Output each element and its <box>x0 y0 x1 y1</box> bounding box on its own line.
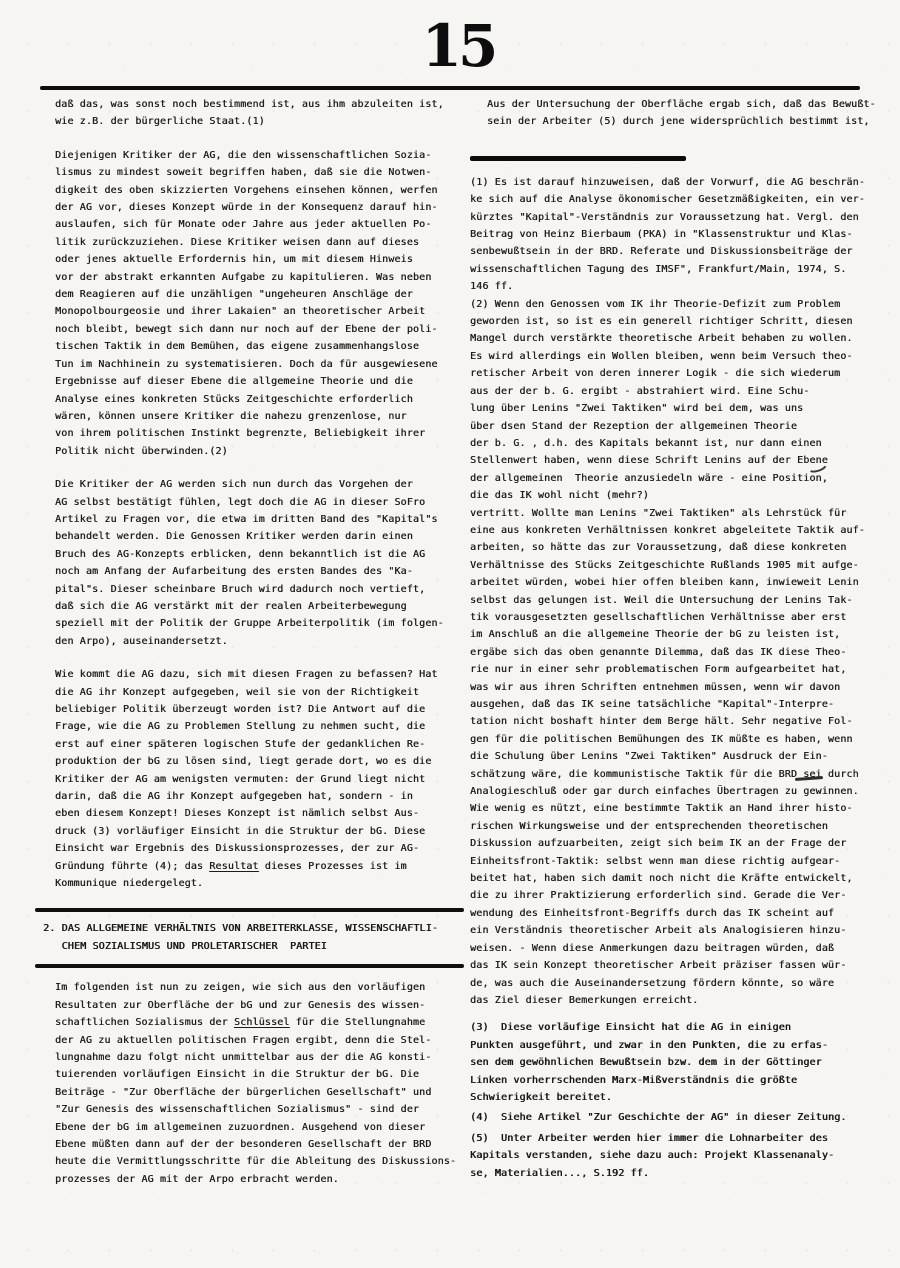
page-number: 15 <box>8 16 900 76</box>
footnote-5-label: (5) <box>470 1133 489 1144</box>
footnote-5-text: Unter Arbeiter werden hier immer die Loh… <box>470 1133 834 1179</box>
footnote-2-text: Wenn den Genossen vom IK ihr Theorie-Def… <box>470 299 865 1006</box>
section-rule-bottom <box>35 964 464 968</box>
paragraph-3: Die Kritiker der AG werden sich nun durc… <box>55 476 458 650</box>
paragraph-2: Diejenigen Kritiker der AG, die den wiss… <box>55 147 458 460</box>
footnote-1-label: (1) <box>470 177 489 188</box>
intro-paragraph: Aus der Untersuchung der Oberfläche erga… <box>470 96 878 131</box>
left-column: daß das, was sonst noch bestimmend ist, … <box>55 96 458 1188</box>
footnote-4-label: (4) <box>470 1112 489 1123</box>
footnote-3-text: Diese vorläufige Einsicht hat die AG in … <box>470 1022 828 1103</box>
footnote-3: (3) Diese vorläufige Einsicht hat die AG… <box>470 1019 878 1106</box>
footnote-3-label: (3) <box>470 1022 489 1033</box>
footnote-5: (5) Unter Arbeiter werden hier immer die… <box>470 1130 878 1182</box>
section-paragraph-1: Im folgenden ist nun zu zeigen, wie sich… <box>55 979 458 1188</box>
paragraph-1: daß das, was sonst noch bestimmend ist, … <box>55 96 458 131</box>
scanned-document-page: 15 daß das, was sonst noch bestimmend is… <box>0 0 900 1268</box>
section-heading: 2. DAS ALLGEMEINE VERHÄLTNIS VON ARBEITE… <box>35 912 464 964</box>
footnote-1: (1) Es ist darauf hinzuweisen, daß der V… <box>470 174 878 296</box>
header-divider-rule <box>40 86 860 90</box>
footnote-4: (4) Siehe Artikel "Zur Geschichte der AG… <box>470 1109 878 1126</box>
footnote-divider-rule <box>470 156 686 161</box>
paragraph-4: Wie kommt die AG dazu, sich mit diesen F… <box>55 666 458 892</box>
footnotes: (1) Es ist darauf hinzuweisen, daß der V… <box>470 174 878 1182</box>
footnote-2-label: (2) <box>470 299 489 310</box>
footnote-1-text: Es ist darauf hinzuweisen, daß der Vorwu… <box>470 177 865 292</box>
right-column: Aus der Untersuchung der Oberfläche erga… <box>470 96 878 1182</box>
section-heading-block: 2. DAS ALLGEMEINE VERHÄLTNIS VON ARBEITE… <box>35 908 464 968</box>
footnote-2: (2) Wenn den Genossen vom IK ihr Theorie… <box>470 296 878 1010</box>
footnote-4-text: Siehe Artikel "Zur Geschichte der AG" in… <box>489 1112 847 1123</box>
